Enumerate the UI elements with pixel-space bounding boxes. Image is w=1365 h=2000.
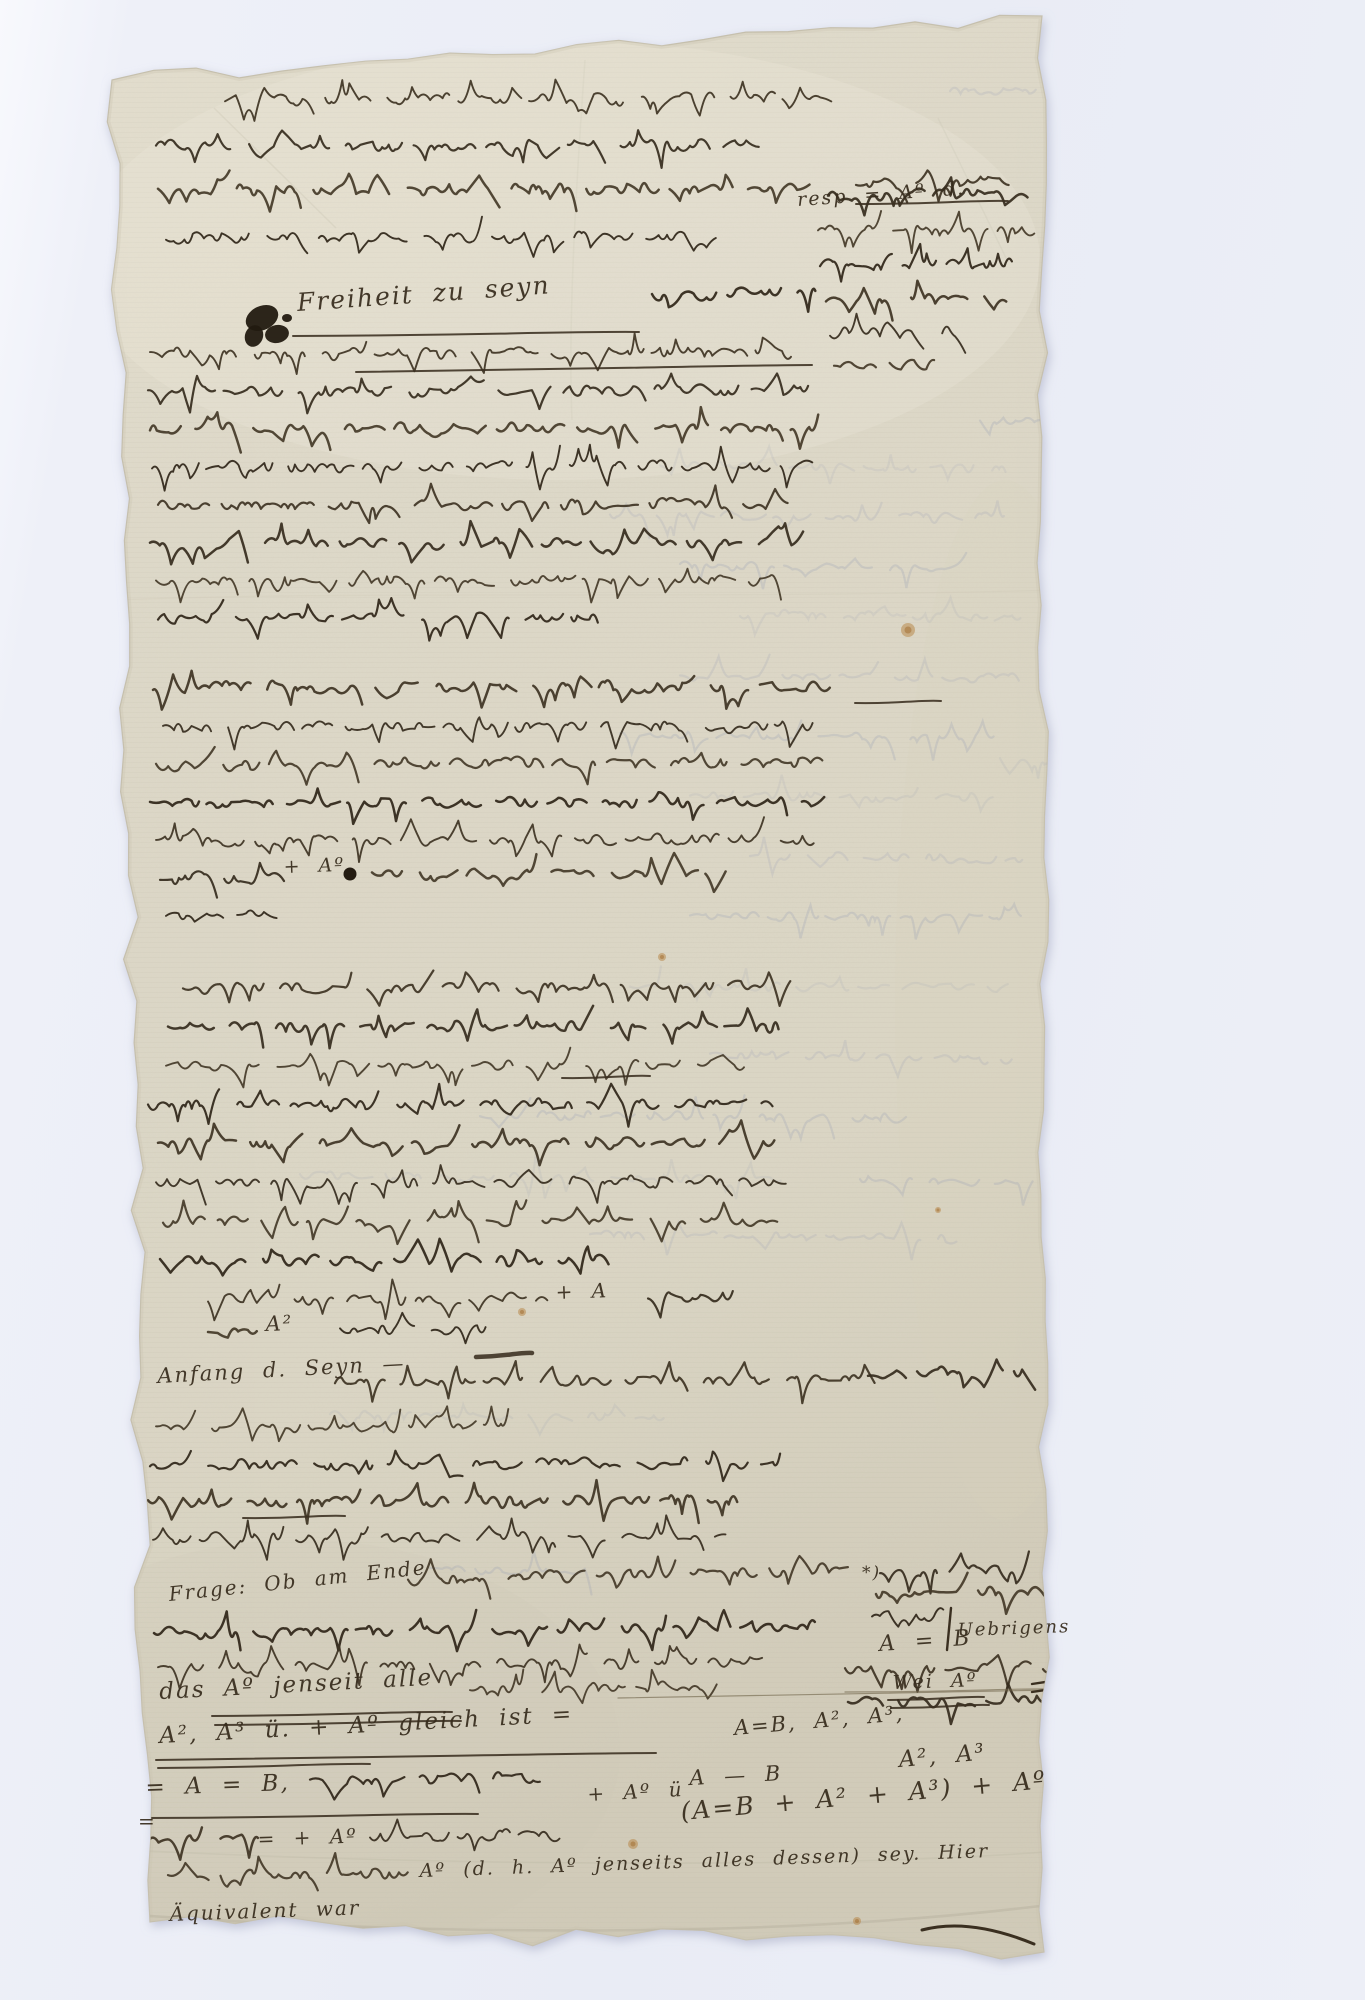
paper-texture [0,6,1115,1978]
foxing-spot [420,1948,428,1956]
bleedthrough-line [140,1926,286,1950]
manuscript-scan: resp = Aº d.Freiheit zu seyn+ Aº+ AA²Anf… [0,0,1365,2000]
manuscript-render [0,0,1365,2000]
ink-dot [344,868,357,881]
